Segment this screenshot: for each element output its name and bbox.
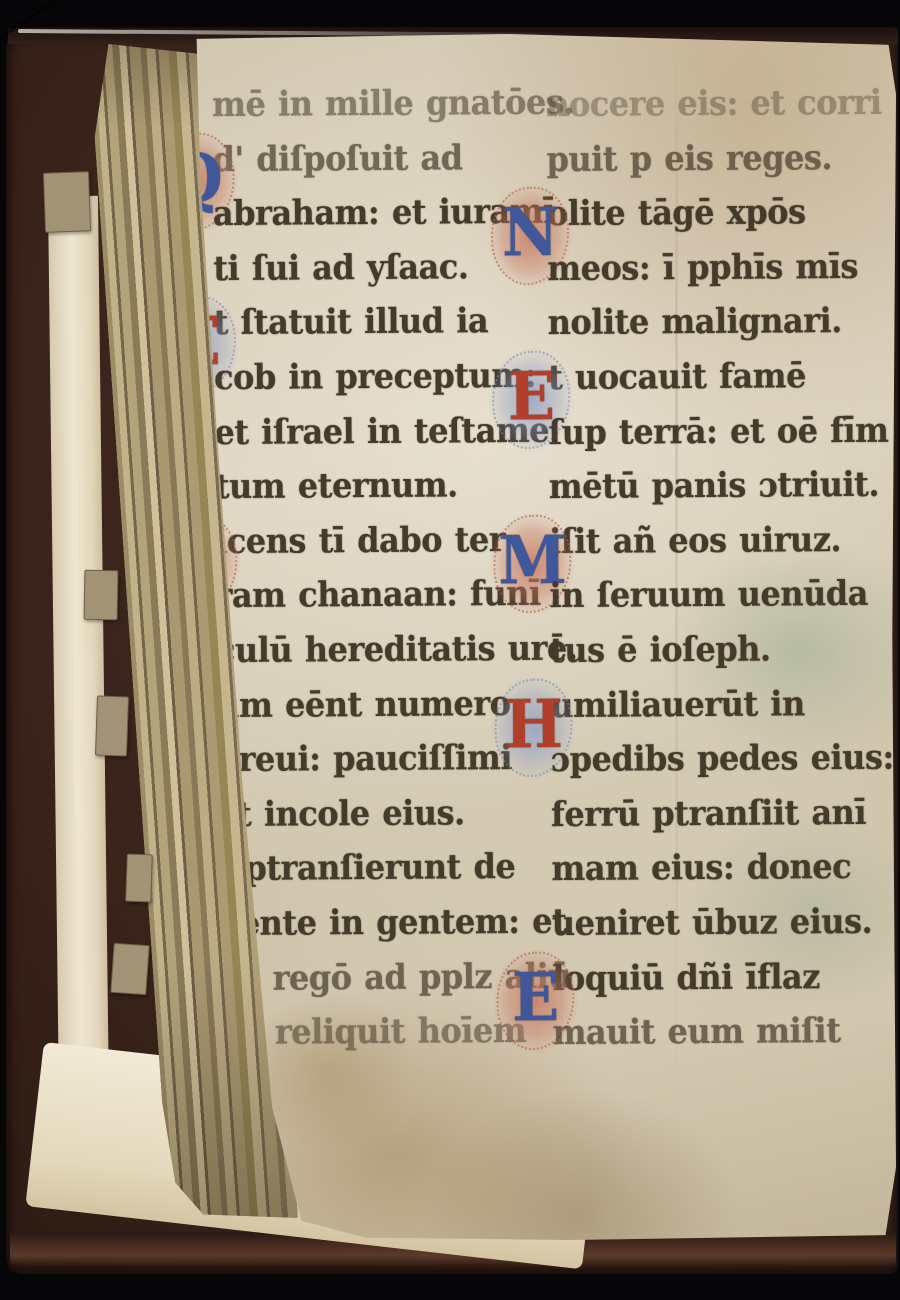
text-line: Et ptranſierunt de	[217, 846, 547, 907]
text-line: ferrū ptranſiit anī	[551, 791, 881, 852]
text-line: meos: ī pphīs mīs	[547, 245, 877, 306]
text-line: in ſeruum uenūda	[549, 573, 879, 634]
text-line: Humiliauerūt in	[550, 682, 880, 743]
line-text: t ſtatuit illud ia	[214, 300, 489, 343]
text-line: tus ē ioſeph.	[550, 628, 880, 689]
line-text: um eēnt numero	[216, 682, 510, 725]
line-text: mētū panis ɔtriuit.	[549, 464, 879, 507]
line-text: umiliauerūt in	[550, 683, 805, 725]
bookmark-tab	[125, 854, 153, 903]
line-text: ɔpedibs pedes eius:	[551, 737, 894, 780]
line-text: icens tī dabo ter	[215, 519, 505, 562]
text-line: nolite malignari.	[548, 300, 878, 361]
line-text: ti ſui ad yſaac.	[213, 246, 468, 288]
text-line: mē in mille gnatōes.	[212, 82, 542, 143]
line-text: gente in gentem: et	[218, 900, 567, 943]
line-text: olite tāgē xpōs	[547, 191, 806, 233]
line-text: t ptranſierunt de	[217, 846, 515, 889]
line-text: ueniret ūbuz eius.	[552, 901, 873, 944]
line-text: in ſeruum uenūda	[549, 573, 868, 616]
bookmark-tab	[95, 695, 129, 756]
line-text: puit p eis reges.	[546, 137, 832, 180]
line-text: t uocauit famē	[548, 355, 806, 397]
text-line: ueniret ūbuz eius.	[552, 901, 882, 962]
line-text: loquiū dñi īflaz	[552, 956, 820, 999]
line-text: tum eternum.	[215, 464, 458, 506]
text-line: mam eius: donec	[551, 846, 881, 907]
line-text: mam eius: donec	[551, 846, 851, 889]
line-text: ferrū ptranſiit anī	[551, 792, 866, 835]
line-text: nocere eis: et corri	[546, 82, 882, 125]
text-line: Eloquiū dñi īflaz	[552, 955, 882, 1016]
line-text: culū hereditatis urē.	[216, 627, 578, 670]
bookmark-tab	[110, 943, 149, 995]
line-text: tus ē ioſeph.	[550, 628, 771, 670]
line-text: mē in mille gnatōes.	[212, 81, 574, 124]
line-text: nolite malignari.	[548, 300, 842, 343]
bookmark-tab	[43, 171, 91, 233]
line-text: ſup terrā: et oē fīm	[548, 409, 888, 452]
text-line: ſup terrā: et oē fīm	[548, 409, 878, 470]
line-text: iſit añ eos uiruz.	[549, 519, 841, 562]
manuscript-photo: mē in mille gnatōes. Qd' diſpoſuit ad ab…	[0, 0, 900, 1300]
line-text: mauit eum miſit	[552, 1010, 840, 1053]
text-line: mauit eum miſit	[552, 1010, 882, 1071]
line-text: d' diſpoſuit ad	[212, 137, 462, 179]
text-line: puit p eis reges.	[546, 136, 876, 197]
text-line: et incole eius.	[217, 791, 547, 852]
line-text: meos: ī pphīs mīs	[547, 246, 858, 289]
text-line: nocere eis: et corri	[546, 82, 876, 143]
line-text: et incole eius.	[217, 792, 465, 834]
text-line: ɔpedibs pedes eius:	[551, 737, 881, 798]
text-line: Miſit añ eos uiruz.	[549, 518, 879, 579]
text-line: Et uocauit famē	[548, 355, 878, 416]
text-column-right: nocere eis: et corri puit p eis reges. N…	[546, 82, 883, 1067]
line-text: breui: pauciſſimi	[217, 737, 512, 780]
bookmark-tab	[84, 570, 119, 621]
text-line: mētū panis ɔtriuit.	[549, 464, 879, 525]
text-line: Nolite tāgē xpōs	[547, 191, 877, 252]
